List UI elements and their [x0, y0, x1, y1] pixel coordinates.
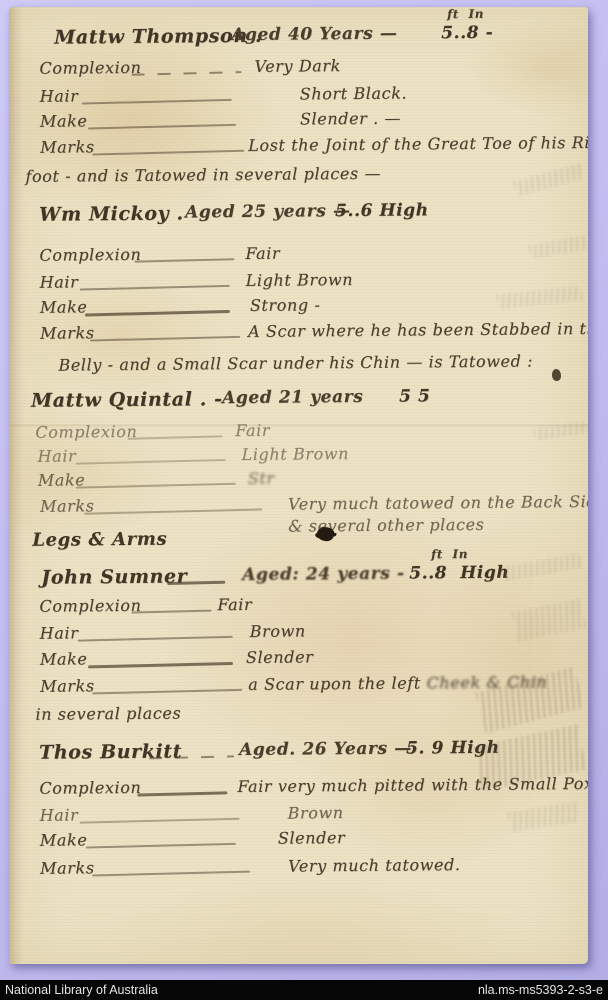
- field-label-complexion: Complexion: [39, 778, 141, 798]
- field-value-complexion: Very Dark: [254, 56, 341, 76]
- attribution-bar: National Library of Australia nla.ms-ms5…: [0, 980, 608, 1000]
- field-value-complexion: Fair: [235, 421, 270, 440]
- record-entry-burkitt: Thos Burkitt Aged. 26 Years — 5. 9 High …: [9, 737, 588, 742]
- field-label-marks: Marks: [40, 858, 95, 877]
- person-name: John Sumner: [41, 565, 187, 588]
- ruled-dash: [132, 610, 212, 614]
- ruled-dash: [88, 662, 233, 669]
- field-value-marks: Very much tatowed.: [288, 855, 461, 876]
- field-value-make: Str: [248, 469, 275, 488]
- manuscript-paper: ft In Mattw Thompson . Aged 40 Years — 5…: [9, 7, 588, 964]
- legs-and-arms-note: Legs & Arms: [32, 529, 167, 551]
- ruled-dash: [76, 483, 236, 489]
- field-value-hair: Light Brown: [241, 444, 349, 464]
- field-value-hair: Brown: [288, 803, 344, 822]
- field-label-marks: Marks: [40, 676, 95, 695]
- field-label-complexion: Complexion: [39, 596, 141, 616]
- field-label-hair: Hair: [37, 446, 76, 465]
- field-label-hair: Hair: [40, 805, 79, 824]
- field-label-make: Make: [40, 830, 88, 849]
- ft-in-column-header: ft In: [431, 547, 468, 561]
- person-age: Aged 40 Years —: [231, 24, 397, 45]
- field-label-complexion: Complexion: [35, 422, 137, 442]
- ruled-dash: [80, 818, 240, 824]
- ruled-dash: [82, 99, 232, 105]
- ruled-dash: [84, 508, 262, 514]
- field-value-marks: Lost the Joint of the Great Toe of his R…: [248, 133, 588, 155]
- catalogue-reference-label: nla.ms-ms5393-2-s3-e: [478, 983, 603, 997]
- person-age: Aged 25 years —: [185, 201, 351, 222]
- ruled-dash: [88, 124, 236, 130]
- marks-continuation: in several places: [35, 704, 181, 724]
- ruled-dash: [76, 459, 226, 465]
- ruled-dash: [167, 581, 225, 585]
- field-value-complexion: Fair very much pitted with the Small Pox: [237, 774, 588, 796]
- person-age: Aged. 26 Years —: [239, 738, 412, 760]
- ruled-dash: [134, 258, 234, 262]
- field-label-make: Make: [40, 297, 88, 316]
- person-height: 5 5: [399, 386, 431, 406]
- marks-continuation: foot - and is Tatowed in several places …: [25, 164, 381, 186]
- person-height: 5..8 High: [409, 563, 509, 584]
- field-value-make: Slender: [278, 828, 346, 848]
- field-label-make: Make: [40, 111, 88, 130]
- ruled-dash: [86, 843, 236, 849]
- ft-in-column-header: ft In: [447, 7, 484, 21]
- ruled-dash: [78, 636, 233, 642]
- record-entry-mickoy: Wm Mickoy . Aged 25 years — 5..6 High Co…: [9, 199, 588, 204]
- person-age: Aged: 24 years -: [242, 564, 405, 585]
- ruled-dash: [92, 689, 242, 695]
- field-label-marks: Marks: [40, 137, 95, 156]
- field-label-hair: Hair: [40, 623, 79, 642]
- marks-continuation: Belly - and a Small Scar under his Chin …: [58, 351, 533, 374]
- scanned-document-page: ft In Mattw Thompson . Aged 40 Years — 5…: [0, 0, 608, 1000]
- library-name-label: National Library of Australia: [5, 983, 158, 997]
- person-name: Mattw Quintal . -: [31, 388, 223, 412]
- ruled-dash: [80, 285, 230, 291]
- field-value-marks: a Scar upon the left Cheek & Chin: [248, 672, 547, 694]
- field-value-hair: Light Brown: [246, 270, 354, 290]
- person-name: Thos Burkitt: [39, 740, 182, 763]
- ruled-dash: [85, 310, 230, 317]
- field-value-complexion: Fair: [245, 244, 280, 263]
- ruled-dash: [137, 791, 227, 796]
- field-value-make: Strong -: [250, 295, 321, 315]
- field-value-marks: Very much tatowed on the Back Side: [288, 492, 588, 514]
- field-value-hair: Short Black.: [300, 84, 408, 104]
- field-label-hair: Hair: [40, 272, 79, 291]
- ruled-dash: [92, 150, 244, 156]
- ruled-dash: [90, 336, 240, 342]
- field-value-make: Slender: [246, 647, 314, 667]
- ruled-dash: [127, 435, 222, 439]
- person-height: 5..6 High: [335, 200, 429, 221]
- ink-blot-small: [552, 369, 561, 381]
- marks-continuation: & several other places: [288, 515, 484, 536]
- field-value-marks: A Scar where he has been Stabbed in the: [248, 319, 588, 341]
- record-entry-thompson: ft In Mattw Thompson . Aged 40 Years — 5…: [9, 7, 588, 11]
- person-name: Wm Mickoy .: [39, 202, 184, 225]
- marks-text-smudged: Cheek & Chin: [426, 672, 547, 692]
- marks-text: a Scar upon the left: [248, 673, 426, 694]
- field-label-make: Make: [40, 649, 88, 668]
- bleedthrough-mark: [513, 163, 585, 197]
- field-value-complexion: Fair: [217, 595, 252, 614]
- field-value-make: Slender . —: [300, 109, 401, 129]
- person-age: Aged 21 years: [222, 387, 363, 408]
- ruled-dash: [132, 71, 242, 76]
- field-label-complexion: Complexion: [39, 58, 141, 78]
- field-label-marks: Marks: [40, 323, 95, 342]
- person-height: 5. 9 High: [406, 738, 500, 759]
- field-label-hair: Hair: [40, 86, 79, 105]
- person-height: 5..8 -: [441, 23, 493, 43]
- field-label-complexion: Complexion: [39, 245, 141, 265]
- ruled-dash: [92, 871, 250, 877]
- record-entry-quintal: Mattw Quintal . - Aged 21 years 5 5 Comp…: [9, 385, 588, 390]
- field-value-hair: Brown: [250, 621, 306, 640]
